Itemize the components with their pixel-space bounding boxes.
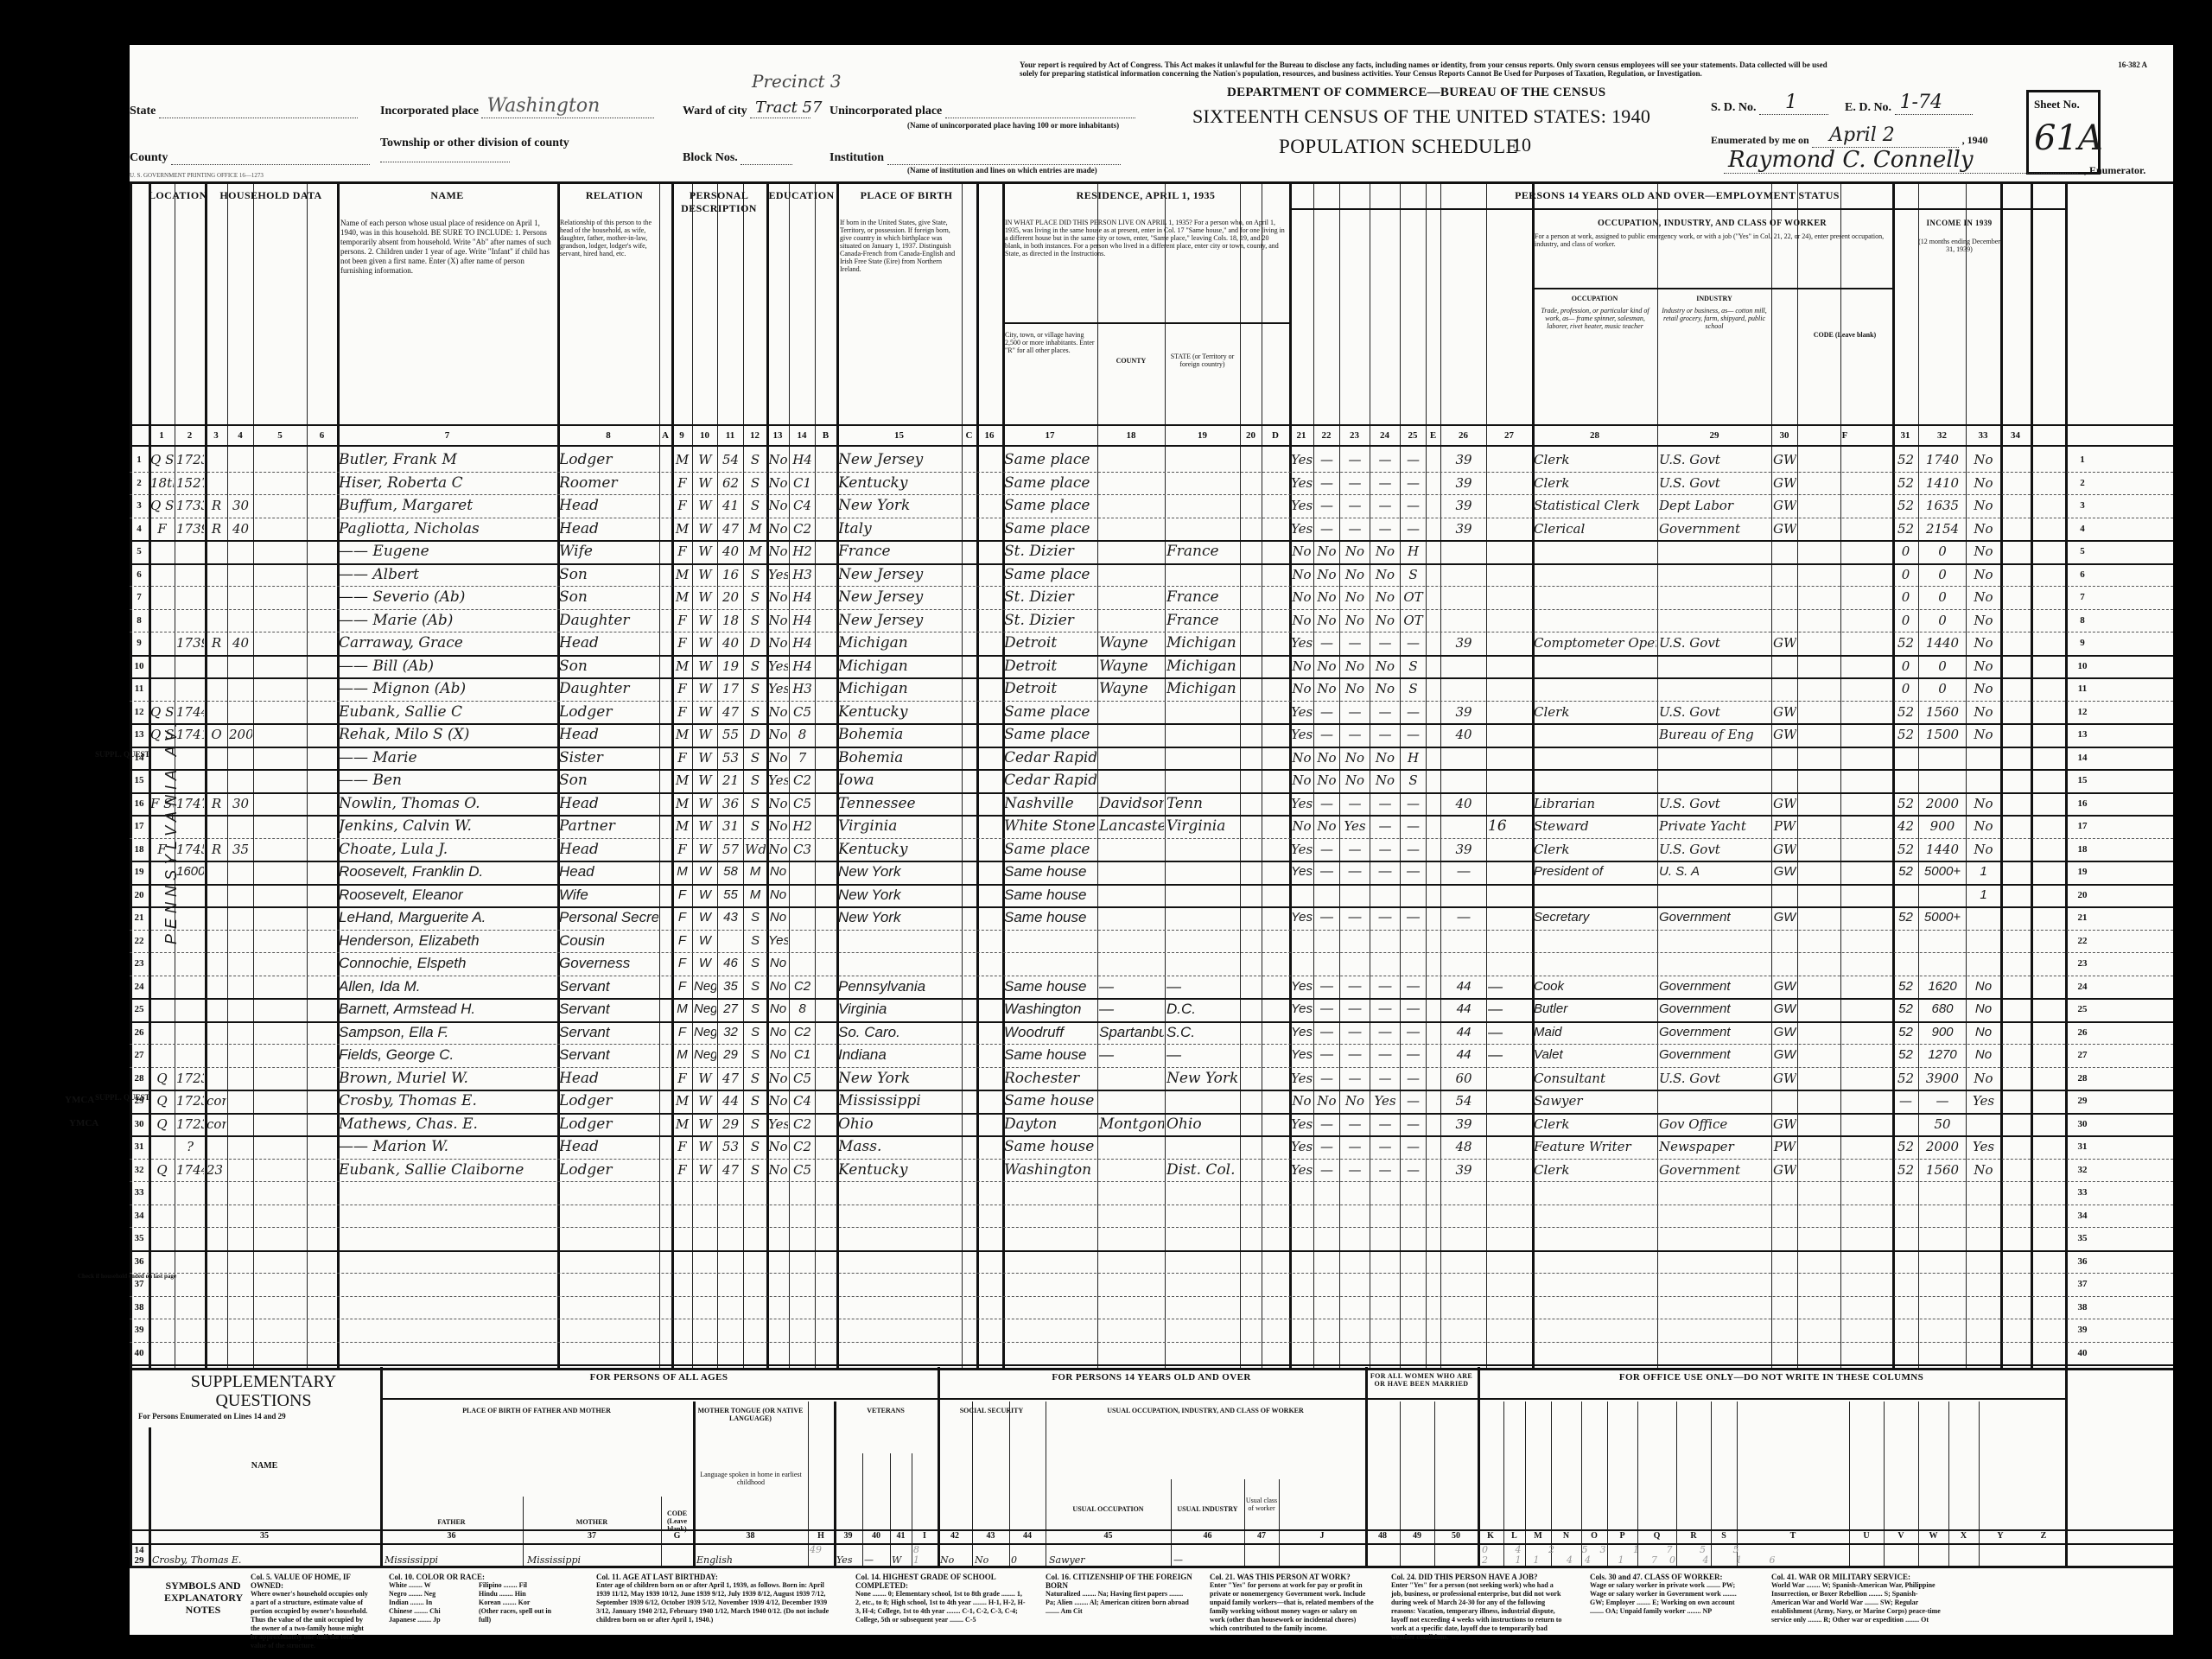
cell-other-income: No	[1967, 1044, 1999, 1066]
cell-res-county	[1099, 448, 1164, 471]
supp-section-office: FOR OFFICE USE ONLY—DO NOT WRITE IN THES…	[1478, 1372, 2065, 1382]
cell-seeking: —	[1488, 976, 1531, 998]
cell-name: —— Marie (Ab)	[339, 609, 556, 632]
cell-name: Roosevelt, Franklin D.	[339, 861, 556, 883]
cell-name: Crosby, Thomas E.	[339, 1090, 556, 1112]
cell-res-state	[1166, 884, 1239, 906]
cell-age: 29	[719, 1113, 742, 1135]
supp-column-number: 37	[523, 1531, 661, 1541]
section-birth: PLACE OF BIRTH	[836, 189, 976, 202]
line-number-right: 3	[2069, 494, 2095, 517]
cell-own	[207, 1044, 226, 1066]
cell-name: Allen, Ida M.	[339, 976, 556, 998]
cell-at-work: Yes	[1291, 518, 1313, 540]
cell-other-income: No	[1967, 677, 1999, 700]
residence-state-header: STATE (or Territory or foreign country)	[1165, 353, 1240, 368]
cell-seeking	[1488, 586, 1531, 608]
cell-res-city: Same house	[1004, 1090, 1096, 1112]
cell-name: —— Marion W.	[339, 1135, 556, 1158]
cell-birthplace: New York	[838, 494, 961, 517]
line-number-right: 18	[2069, 838, 2095, 861]
cell-c24: —	[1371, 976, 1399, 998]
cell-weeks: 52	[1894, 1067, 1917, 1090]
supp-cell-usual-ind	[1173, 1545, 1243, 1555]
cell-grade: C4	[791, 494, 814, 517]
cell-c25: —	[1402, 1159, 1425, 1181]
line-number-right: 38	[2069, 1296, 2095, 1319]
cell-own	[207, 1021, 226, 1044]
cell-marital: S	[745, 1159, 766, 1181]
cell-race: W	[694, 1113, 716, 1135]
cell-street: 18th	[150, 472, 174, 494]
cell-weeks: 52	[1894, 1135, 1917, 1158]
line-number: 2	[130, 472, 149, 494]
cell-wages: 1500	[1920, 723, 1965, 746]
cell-own	[207, 655, 226, 677]
cell-c25: —	[1402, 1135, 1425, 1158]
supp-column-number: 44	[1009, 1531, 1046, 1541]
cell-c22: —	[1315, 448, 1338, 471]
cell-marital: Wd	[745, 838, 766, 861]
cell-relation: Head	[559, 861, 658, 883]
cell-industry: U.S. Govt	[1659, 792, 1770, 815]
cell-seeking: —	[1488, 1044, 1531, 1066]
cell-school: No	[768, 747, 788, 769]
cell-grade: C2	[791, 518, 814, 540]
column-number: 24	[1370, 430, 1400, 441]
cell-c23: No	[1341, 563, 1369, 586]
cell-res-state	[1166, 448, 1239, 471]
cell-school: Yes	[768, 1113, 788, 1135]
cell-industry	[1659, 540, 1770, 563]
cell-c23	[1341, 952, 1369, 975]
cell-occupation	[1534, 655, 1656, 677]
cell-name: —— Mignon (Ab)	[339, 677, 556, 700]
line-number: 26	[130, 1021, 149, 1044]
cell-class: GW	[1773, 998, 1796, 1020]
cell-class	[1773, 952, 1796, 975]
cell-relation: Daughter	[559, 677, 658, 700]
cell-weeks: 52	[1894, 838, 1917, 861]
line-number: 20	[130, 884, 149, 906]
cell-race: Neg	[694, 976, 716, 998]
line-number-right: 40	[2069, 1342, 2095, 1364]
cell-house	[176, 677, 204, 700]
cell-hours: 40	[1442, 792, 1485, 815]
supp-cell-usual-occ: Sawyer	[1049, 1555, 1170, 1566]
cell-res-state	[1166, 518, 1239, 540]
cell-age: 55	[719, 884, 742, 906]
cell-wages: 1560	[1920, 1159, 1965, 1181]
column-number: 18	[1097, 430, 1165, 441]
section-employment: PERSONS 14 YEARS OLD AND OVER—EMPLOYMENT…	[1289, 189, 2065, 202]
column-number: 26	[1440, 430, 1486, 441]
cell-occupation: President of	[1534, 861, 1656, 883]
cell-sex: F	[673, 976, 691, 998]
cell-school: No	[768, 494, 788, 517]
cell-age: 40	[719, 632, 742, 654]
cell-street	[150, 540, 174, 563]
cell-at-work	[1291, 884, 1313, 906]
cell-at-work: No	[1291, 563, 1313, 586]
ymca-note-29: YMCA	[65, 1095, 94, 1105]
cell-hours: 39	[1442, 518, 1485, 540]
supp-cell-office: 2 11 44 1 70 4 1 6	[1482, 1555, 2000, 1566]
supp-tongue-header: MOTHER TONGUE (OR NATIVE LANGUAGE)	[693, 1407, 808, 1422]
note-col24: Col. 24. DID THIS PERSON HAVE A JOB? Ent…	[1391, 1573, 1564, 1642]
cell-res-county	[1099, 563, 1164, 586]
cell-marital: M	[745, 884, 766, 906]
cell-birthplace: New York	[838, 861, 961, 883]
cell-name: —— Marie	[339, 747, 556, 769]
cell-at-work: No	[1291, 747, 1313, 769]
line-number: 8	[130, 609, 149, 632]
cell-house: 1733	[176, 494, 204, 517]
supp-parents-birth-header: PLACE OF BIRTH OF FATHER AND MOTHER	[380, 1407, 693, 1414]
cell-age: 57	[719, 838, 742, 861]
note-col14: Col. 14. HIGHEST GRADE OF SCHOOL COMPLET…	[855, 1573, 1028, 1624]
cell-own	[207, 448, 226, 471]
cell-seeking	[1488, 906, 1531, 929]
cell-res-county: Lancaster	[1099, 815, 1164, 837]
column-number: 1	[149, 430, 175, 441]
cell-res-state: Michigan	[1166, 677, 1239, 700]
ed-field: E. D. No. 1-74	[1845, 99, 1973, 115]
cell-sex: F	[673, 1067, 691, 1090]
cell-hours	[1442, 930, 1485, 952]
supp-section-women: FOR ALL WOMEN WHO ARE OR HAVE BEEN MARRI…	[1365, 1372, 1478, 1388]
supp-cell-i: 1	[913, 1555, 936, 1566]
line-number-right: 26	[2069, 1021, 2095, 1044]
cell-c23: —	[1341, 723, 1369, 746]
supp-cell-mother	[527, 1545, 657, 1555]
census-sheet: Your report is required by Act of Congre…	[130, 45, 2173, 1635]
cell-weeks: 52	[1894, 632, 1917, 654]
cell-grade: C5	[791, 1067, 814, 1090]
cell-street: Q	[150, 1113, 174, 1135]
cell-birthplace: Michigan	[838, 655, 961, 677]
cell-at-work: Yes	[1291, 701, 1313, 723]
cell-industry: Government	[1659, 976, 1770, 998]
income-period: (12 months ending December 31, 1939)	[1918, 238, 2000, 253]
cell-race: W	[694, 815, 716, 837]
line-number-right: 12	[2069, 701, 2095, 723]
cell-age: 43	[719, 906, 742, 929]
cell-school: No	[768, 448, 788, 471]
cell-sex: M	[673, 1113, 691, 1135]
cell-race: W	[694, 1067, 716, 1090]
cell-race: W	[694, 518, 716, 540]
cell-wages	[1920, 884, 1965, 906]
column-number: 34	[2000, 430, 2031, 441]
cell-relation: Lodger	[559, 1159, 658, 1181]
table-row: 3333	[130, 1181, 2173, 1204]
cell-school: No	[768, 815, 788, 837]
form-number: 16-382 A	[2118, 60, 2147, 69]
supp-column-number: M	[1525, 1531, 1551, 1541]
cell-c24: —	[1371, 701, 1399, 723]
cell-at-work: Yes	[1291, 838, 1313, 861]
cell-relation: Lodger	[559, 448, 658, 471]
cell-other-income	[1967, 930, 1999, 952]
cell-house: 1723	[176, 1067, 204, 1090]
line-number-right: 19	[2069, 861, 2095, 883]
cell-birthplace: New Jersey	[838, 563, 961, 586]
residence-city-header: City, town, or village having 2,500 or m…	[1005, 331, 1095, 354]
table-row: 1414—— MarieSisterFW53SNo7BohemiaCedar R…	[130, 747, 2173, 769]
cell-seeking	[1488, 792, 1531, 815]
cell-seeking	[1488, 632, 1531, 654]
cell-sex: M	[673, 586, 691, 608]
name-column-instructions: Name of each person whose usual place of…	[340, 219, 555, 276]
cell-c25: —	[1402, 838, 1425, 861]
cell-industry	[1659, 930, 1770, 952]
cell-c23: —	[1341, 1021, 1369, 1044]
cell-seeking	[1488, 1113, 1531, 1135]
cell-hours: 54	[1442, 1090, 1485, 1112]
cell-wages: 1440	[1920, 838, 1965, 861]
cell-marital: S	[745, 1067, 766, 1090]
cell-race: W	[694, 1159, 716, 1181]
cell-industry: Dept Labor	[1659, 494, 1770, 517]
cell-c23: —	[1341, 448, 1369, 471]
cell-wages: 5000+	[1920, 906, 1965, 929]
cell-c23: —	[1341, 701, 1369, 723]
cell-own	[207, 540, 226, 563]
cell-seeking: —	[1488, 1021, 1531, 1044]
cell-c22	[1315, 952, 1338, 975]
cell-hours: 39	[1442, 448, 1485, 471]
column-number: 13	[766, 430, 789, 441]
cell-hours	[1442, 655, 1485, 677]
cell-birthplace: Kentucky	[838, 838, 961, 861]
cell-c22: No	[1315, 540, 1338, 563]
line-number: 38	[130, 1296, 149, 1319]
cell-age: 47	[719, 1067, 742, 1090]
cell-hours: —	[1442, 861, 1485, 883]
cell-race: W	[694, 861, 716, 883]
cell-value	[229, 769, 252, 791]
cell-grade: H4	[791, 586, 814, 608]
supp-column-number: T	[1737, 1531, 1849, 1541]
line-number: 10	[130, 655, 149, 677]
cell-own: O	[207, 723, 226, 746]
race-code-item: Chinese ........ Chi	[389, 1607, 472, 1616]
cell-name: —— Ben	[339, 769, 556, 791]
line-number-right: 30	[2069, 1113, 2095, 1135]
cell-occupation: Clerk	[1534, 448, 1656, 471]
supp-cell-c40: —	[864, 1555, 888, 1566]
cell-res-city: Same place	[1004, 701, 1096, 723]
cell-res-county	[1099, 723, 1164, 746]
cell-res-county	[1099, 769, 1164, 791]
incorporated-place-field: Incorporated place Washington	[380, 102, 654, 118]
cell-marital: D	[745, 723, 766, 746]
cell-school: No	[768, 632, 788, 654]
cell-res-county: —	[1099, 976, 1164, 998]
cell-school: No	[768, 952, 788, 975]
cell-industry	[1659, 609, 1770, 632]
cell-house	[176, 540, 204, 563]
supp-column-number: 40	[862, 1531, 890, 1541]
line-number: 9	[130, 632, 149, 654]
cell-c24: —	[1371, 1021, 1399, 1044]
cell-res-state: France	[1166, 609, 1239, 632]
cell-class: GW	[1773, 1044, 1796, 1066]
cell-res-state: —	[1166, 1044, 1239, 1066]
cell-c25: —	[1402, 494, 1425, 517]
cell-industry: Newspaper	[1659, 1135, 1770, 1158]
cell-at-work: Yes	[1291, 472, 1313, 494]
table-row: 3838	[130, 1296, 2173, 1319]
race-code-item: White ........ W	[389, 1581, 472, 1590]
cell-seeking	[1488, 861, 1531, 883]
race-code-item: Indian ........ In	[389, 1599, 472, 1607]
race-code-item: Hindu ........ Hin	[479, 1590, 562, 1599]
cell-grade: C2	[791, 1135, 814, 1158]
code-header: CODE (Leave blank)	[1797, 331, 1892, 339]
note-col11: Col. 11. AGE AT LAST BIRTHDAY: Enter age…	[596, 1573, 838, 1624]
cell-res-county	[1099, 494, 1164, 517]
cell-c25: —	[1402, 1021, 1425, 1044]
line-number-right: 21	[2069, 906, 2095, 929]
cell-age: 35	[719, 976, 742, 998]
cell-res-state	[1166, 838, 1239, 861]
cell-relation: Daughter	[559, 609, 658, 632]
cell-other-income: No	[1967, 563, 1999, 586]
column-number: C	[962, 430, 976, 441]
table-row: 2626Sampson, Ella F.ServantFNeg32SNoC2So…	[130, 1021, 2173, 1044]
line-number: 22	[130, 930, 149, 952]
cell-other-income: 1	[1967, 861, 1999, 883]
cell-sex: M	[673, 792, 691, 815]
supp-column-number: 43	[972, 1531, 1009, 1541]
cell-class: PW	[1773, 815, 1796, 837]
table-row: 3131?—— Marion W.HeadFW53SNoC2Mass.Same …	[130, 1135, 2173, 1158]
cell-c25: —	[1402, 815, 1425, 837]
race-code-item: Korean ........ Kor	[479, 1599, 562, 1607]
line-number-right: 24	[2069, 976, 2095, 998]
cell-c25: —	[1402, 472, 1425, 494]
institution-note: (Name of institution and lines on which …	[907, 166, 1097, 175]
cell-other-income: No	[1967, 1021, 1999, 1044]
sheet-number-box: Sheet No. 61A	[2026, 90, 2101, 175]
cell-value	[229, 952, 252, 975]
cell-weeks	[1894, 1113, 1917, 1135]
supp-cell-c43	[975, 1545, 1007, 1555]
cell-c23: —	[1341, 518, 1369, 540]
cell-sex: M	[673, 448, 691, 471]
cell-race: Neg	[694, 1021, 716, 1044]
cell-hours	[1442, 563, 1485, 586]
cell-industry: Government	[1659, 518, 1770, 540]
cell-c22: No	[1315, 747, 1338, 769]
column-number: F	[1797, 430, 1892, 441]
cell-c24: No	[1371, 677, 1399, 700]
supp-column-number: 48	[1365, 1531, 1400, 1541]
cell-industry: Government	[1659, 906, 1770, 929]
column-number: 21	[1289, 430, 1313, 441]
cell-street	[150, 952, 174, 975]
cell-res-city: Same place	[1004, 723, 1096, 746]
supp-cell-c41	[892, 1545, 911, 1555]
supp-section-14-over: FOR PERSONS 14 YEARS OLD AND OVER	[938, 1372, 1365, 1382]
cell-at-work	[1291, 930, 1313, 952]
column-number: 3	[205, 430, 227, 441]
cell-class	[1773, 930, 1796, 952]
cell-c24: —	[1371, 1159, 1399, 1181]
cell-c24: —	[1371, 1135, 1399, 1158]
column-number: E	[1426, 430, 1440, 441]
cell-c25	[1402, 952, 1425, 975]
cell-own: R	[207, 838, 226, 861]
column-number: 25	[1400, 430, 1426, 441]
line-number-right: 9	[2069, 632, 2095, 654]
county-field: County	[130, 149, 370, 165]
cell-value	[229, 747, 252, 769]
cell-wages: 0	[1920, 677, 1965, 700]
cell-weeks: 52	[1894, 472, 1917, 494]
cell-weeks: 52	[1894, 448, 1917, 471]
cell-sex: F	[673, 472, 691, 494]
cell-c24: —	[1371, 1113, 1399, 1135]
supp-quest-marker-14: SUPPL. QUEST.	[95, 750, 151, 759]
cell-c24: —	[1371, 494, 1399, 517]
cell-res-city: Same house	[1004, 976, 1096, 998]
cell-c22: —	[1315, 1021, 1338, 1044]
cell-hours: 40	[1442, 723, 1485, 746]
cell-c22: No	[1315, 1090, 1338, 1112]
cell-c24	[1371, 884, 1399, 906]
cell-occupation: Clerk	[1534, 472, 1656, 494]
cell-c23: —	[1341, 976, 1369, 998]
cell-at-work: Yes	[1291, 861, 1313, 883]
cell-street	[150, 976, 174, 998]
table-row: 991739R40Carraway, GraceHeadFW40DNoH4Mic…	[130, 632, 2173, 654]
cell-c25: H	[1402, 747, 1425, 769]
cell-other-income: No	[1967, 448, 1999, 471]
supplementary-subtitle: For Persons Enumerated on Lines 14 and 2…	[138, 1412, 286, 1421]
cell-age: 46	[719, 952, 742, 975]
cell-age: 53	[719, 1135, 742, 1158]
line-number-right: 14	[2069, 747, 2095, 769]
cell-own	[207, 677, 226, 700]
supp-column-number: R	[1676, 1531, 1711, 1541]
line-number-right: 35	[2069, 1227, 2095, 1249]
cell-race: W	[694, 563, 716, 586]
cell-relation: Head	[559, 792, 658, 815]
cell-c23: —	[1341, 1159, 1369, 1181]
cell-c24: —	[1371, 632, 1399, 654]
cell-birthplace: New York	[838, 884, 961, 906]
cell-c22: —	[1315, 1113, 1338, 1135]
cell-marital: S	[745, 930, 766, 952]
cell-grade: H3	[791, 563, 814, 586]
cell-own: 23 cont	[207, 1159, 226, 1181]
cell-name: —— Bill (Ab)	[339, 655, 556, 677]
supp-cell-c44	[1011, 1545, 1044, 1555]
cell-race: W	[694, 494, 716, 517]
cell-class	[1773, 677, 1796, 700]
cell-wages: 1740	[1920, 448, 1965, 471]
cell-seeking	[1488, 769, 1531, 791]
column-number: 19	[1165, 430, 1240, 441]
cell-c25: —	[1402, 632, 1425, 654]
cell-c24: No	[1371, 655, 1399, 677]
cell-own	[207, 1067, 226, 1090]
cell-own	[207, 998, 226, 1020]
column-number: 14	[789, 430, 815, 441]
